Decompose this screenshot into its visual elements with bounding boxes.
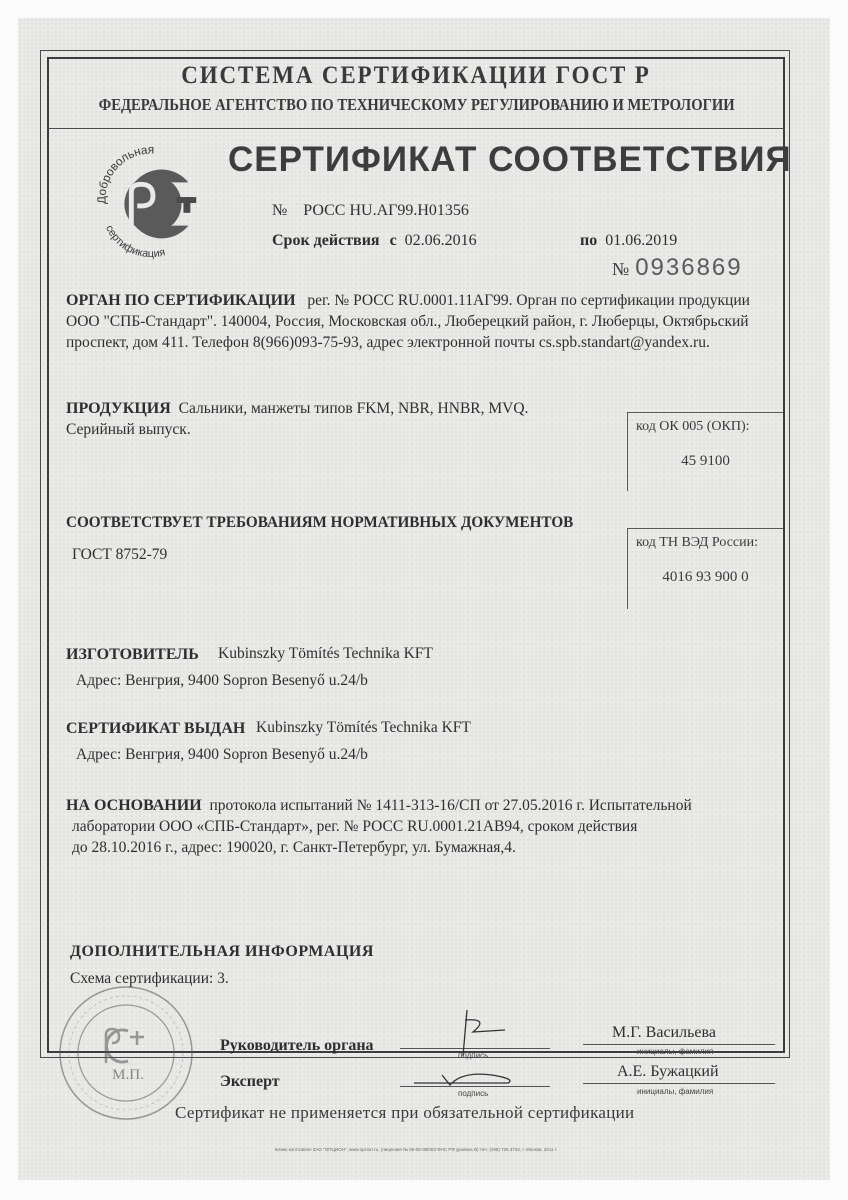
disclaimer: Сертификат не применяется при обязательн… (175, 1103, 634, 1123)
head-of-body-role: Руководитель органа (220, 1037, 374, 1055)
product-section: ПРОДУКЦИЯ Сальники, манжеты типов FKM, N… (66, 398, 626, 440)
conformity-title: СООТВЕТСТВУЕТ ТРЕБОВАНИЯМ НОРМАТИВНЫХ ДО… (66, 514, 573, 532)
issued-to-address: Адрес: Венгрия, 9400 Sopron Besenyő u.24… (76, 746, 368, 764)
validity-period: Срок действия с 02.06.2016 по 01.06.2019 (272, 232, 477, 250)
product-text2: Серийный выпуск. (66, 421, 191, 438)
okp-label: код ОК 005 (ОКП): (636, 419, 750, 435)
to-label: по (580, 232, 597, 249)
head-name-line (583, 1044, 775, 1045)
basis-line1: протокола испытаний № 1411-313-16/СП от … (210, 797, 692, 814)
conformity-standard: ГОСТ 8752-79 (72, 546, 167, 564)
expert-signature-icon (412, 1065, 522, 1089)
organ-text-line1: рег. № РОСС RU.0001.11АГ99. Орган по сер… (307, 292, 674, 309)
to-date: 01.06.2019 (605, 232, 677, 249)
expert-name-line (583, 1083, 775, 1084)
tnved-label: код ТН ВЭД России: (636, 535, 758, 551)
organ-label: ОРГАН ПО СЕРТИФИКАЦИИ (66, 292, 296, 309)
basis-section: НА ОСНОВАНИИ протокола испытаний № 1411-… (66, 795, 786, 858)
expert-signature-caption: подпись (458, 1089, 488, 1098)
basis-label: НА ОСНОВАНИИ (66, 797, 202, 814)
header-divider (47, 128, 785, 129)
from-label: с (390, 232, 397, 249)
manufacturer-address: Адрес: Венгрия, 9400 Sopron Besenyő u.24… (76, 672, 368, 690)
expert-name: А.Е. Бужацкий (617, 1063, 719, 1081)
to-group: по 01.06.2019 (580, 232, 677, 250)
serial-sign: № (612, 259, 629, 279)
basis-line2: лаборатории ООО «СПБ-Стандарт», рег. № Р… (66, 816, 786, 837)
manufacturer-label: ИЗГОТОВИТЕЛЬ (66, 646, 199, 664)
expert-name-caption: инициалы, фамилия (637, 1087, 713, 1096)
product-label: ПРОДУКЦИЯ (66, 400, 171, 417)
validity-label: Срок действия (272, 232, 380, 249)
printer-fineprint: Бланк изготовлен ЗАО "ОПЦИОН", www.opcio… (47, 1147, 785, 1152)
issued-to-name: Kubinszky Tömítés Technika KFT (256, 719, 471, 737)
expert-role: Эксперт (220, 1073, 280, 1091)
rst-voluntary-certification-logo-icon: Добровольная сертификация (92, 143, 210, 261)
issued-to-label: СЕРТИФИКАТ ВЫДАН (66, 720, 245, 738)
system-title: СИСТЕМА СЕРТИФИКАЦИИ ГОСТ Р (77, 62, 756, 90)
basis-line3: до 28.10.2016 г., адрес: 190020, г. Санк… (66, 837, 786, 858)
certificate-number-line: №РОСС HU.АГ99.Н01356 (272, 202, 469, 220)
agency-name: ФЕДЕРАЛЬНОЕ АГЕНТСТВО ПО ТЕХНИЧЕСКОМУ РЕ… (99, 95, 734, 115)
manufacturer-name: Kubinszky Tömítés Technika KFT (218, 645, 433, 663)
certificate-title: СЕРТИФИКАТ СООТВЕТСТВИЯ (228, 140, 792, 180)
certificate-number: РОСС HU.АГ99.Н01356 (303, 202, 469, 219)
head-name-caption: инициалы, фамилия (637, 1047, 713, 1056)
okp-value: 45 9100 (628, 453, 783, 470)
blank-serial-number: №0936869 (612, 254, 743, 282)
stamp-mp-label: М.П. (112, 1067, 144, 1083)
additional-info-title: ДОПОЛНИТЕЛЬНАЯ ИНФОРМАЦИЯ (70, 943, 374, 961)
okp-code-box: код ОК 005 (ОКП): 45 9100 (627, 412, 783, 491)
number-sign: № (272, 202, 287, 219)
from-date: 02.06.2016 (405, 232, 477, 249)
serial-number: 0936869 (635, 254, 742, 281)
official-stamp-icon: М.П. (56, 983, 196, 1123)
tnved-value: 4016 93 900 0 (628, 569, 783, 586)
tnved-code-box: код ТН ВЭД России: 4016 93 900 0 (627, 528, 783, 609)
certification-body-section: ОРГАН ПО СЕРТИФИКАЦИИ рег. № РОСС RU.000… (66, 290, 756, 353)
head-of-body-name: М.Г. Васильева (612, 1024, 716, 1042)
head-signature-caption: подпись (458, 1051, 488, 1060)
product-text: Сальники, манжеты типов FKM, NBR, HNBR, … (179, 400, 529, 417)
